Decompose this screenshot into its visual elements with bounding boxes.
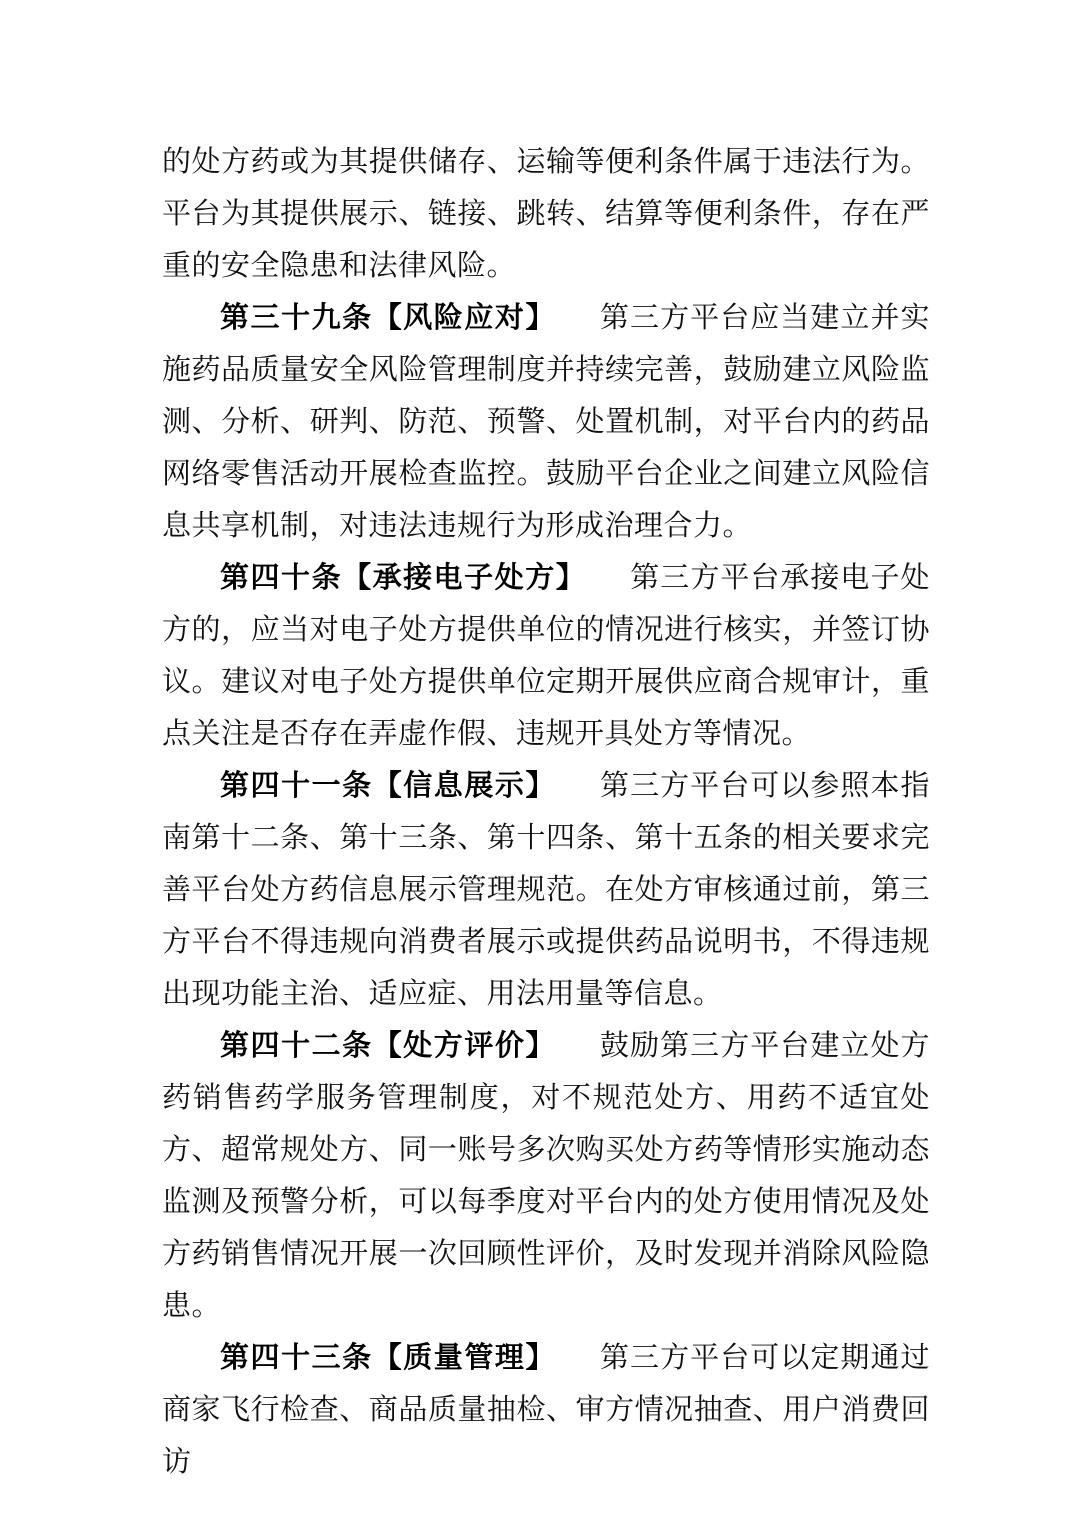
article-paragraph: 第四十三条【质量管理】第三方平台可以定期通过商家飞行检查、商品质量抽检、审方情况…	[162, 1332, 930, 1488]
document-body: 的处方药或为其提供储存、运输等便利条件属于违法行为。平台为其提供展示、链接、跳转…	[162, 136, 930, 1488]
article-paragraph: 第四十条【承接电子处方】第三方平台承接电子处方的，应当对电子处方提供单位的情况进…	[162, 552, 930, 760]
article-heading: 第四十条【承接电子处方】	[220, 562, 586, 594]
continuation-paragraph: 的处方药或为其提供储存、运输等便利条件属于违法行为。平台为其提供展示、链接、跳转…	[162, 136, 930, 292]
paragraph-text: 第三方平台可以参照本指南第十二条、第十三条、第十四条、第十五条的相关要求完善平台…	[162, 770, 930, 1010]
article-paragraph: 第三十九条【风险应对】第三方平台应当建立并实施药品质量安全风险管理制度并持续完善…	[162, 292, 930, 552]
paragraph-text: 的处方药或为其提供储存、运输等便利条件属于违法行为。平台为其提供展示、链接、跳转…	[162, 146, 930, 282]
article-heading: 第四十三条【质量管理】	[220, 1342, 556, 1374]
article-paragraph: 第四十二条【处方评价】鼓励第三方平台建立处方药销售药学服务管理制度，对不规范处方…	[162, 1020, 930, 1332]
paragraph-text: 第三方平台应当建立并实施药品质量安全风险管理制度并持续完善，鼓励建立风险监测、分…	[162, 302, 930, 542]
article-heading: 第四十二条【处方评价】	[220, 1030, 556, 1062]
document-page: 的处方药或为其提供储存、运输等便利条件属于违法行为。平台为其提供展示、链接、跳转…	[0, 0, 1080, 1527]
article-heading: 第三十九条【风险应对】	[220, 302, 556, 334]
article-paragraph: 第四十一条【信息展示】第三方平台可以参照本指南第十二条、第十三条、第十四条、第十…	[162, 760, 930, 1020]
paragraph-text: 鼓励第三方平台建立处方药销售药学服务管理制度，对不规范处方、用药不适宜处方、超常…	[162, 1030, 930, 1322]
article-heading: 第四十一条【信息展示】	[220, 770, 556, 802]
